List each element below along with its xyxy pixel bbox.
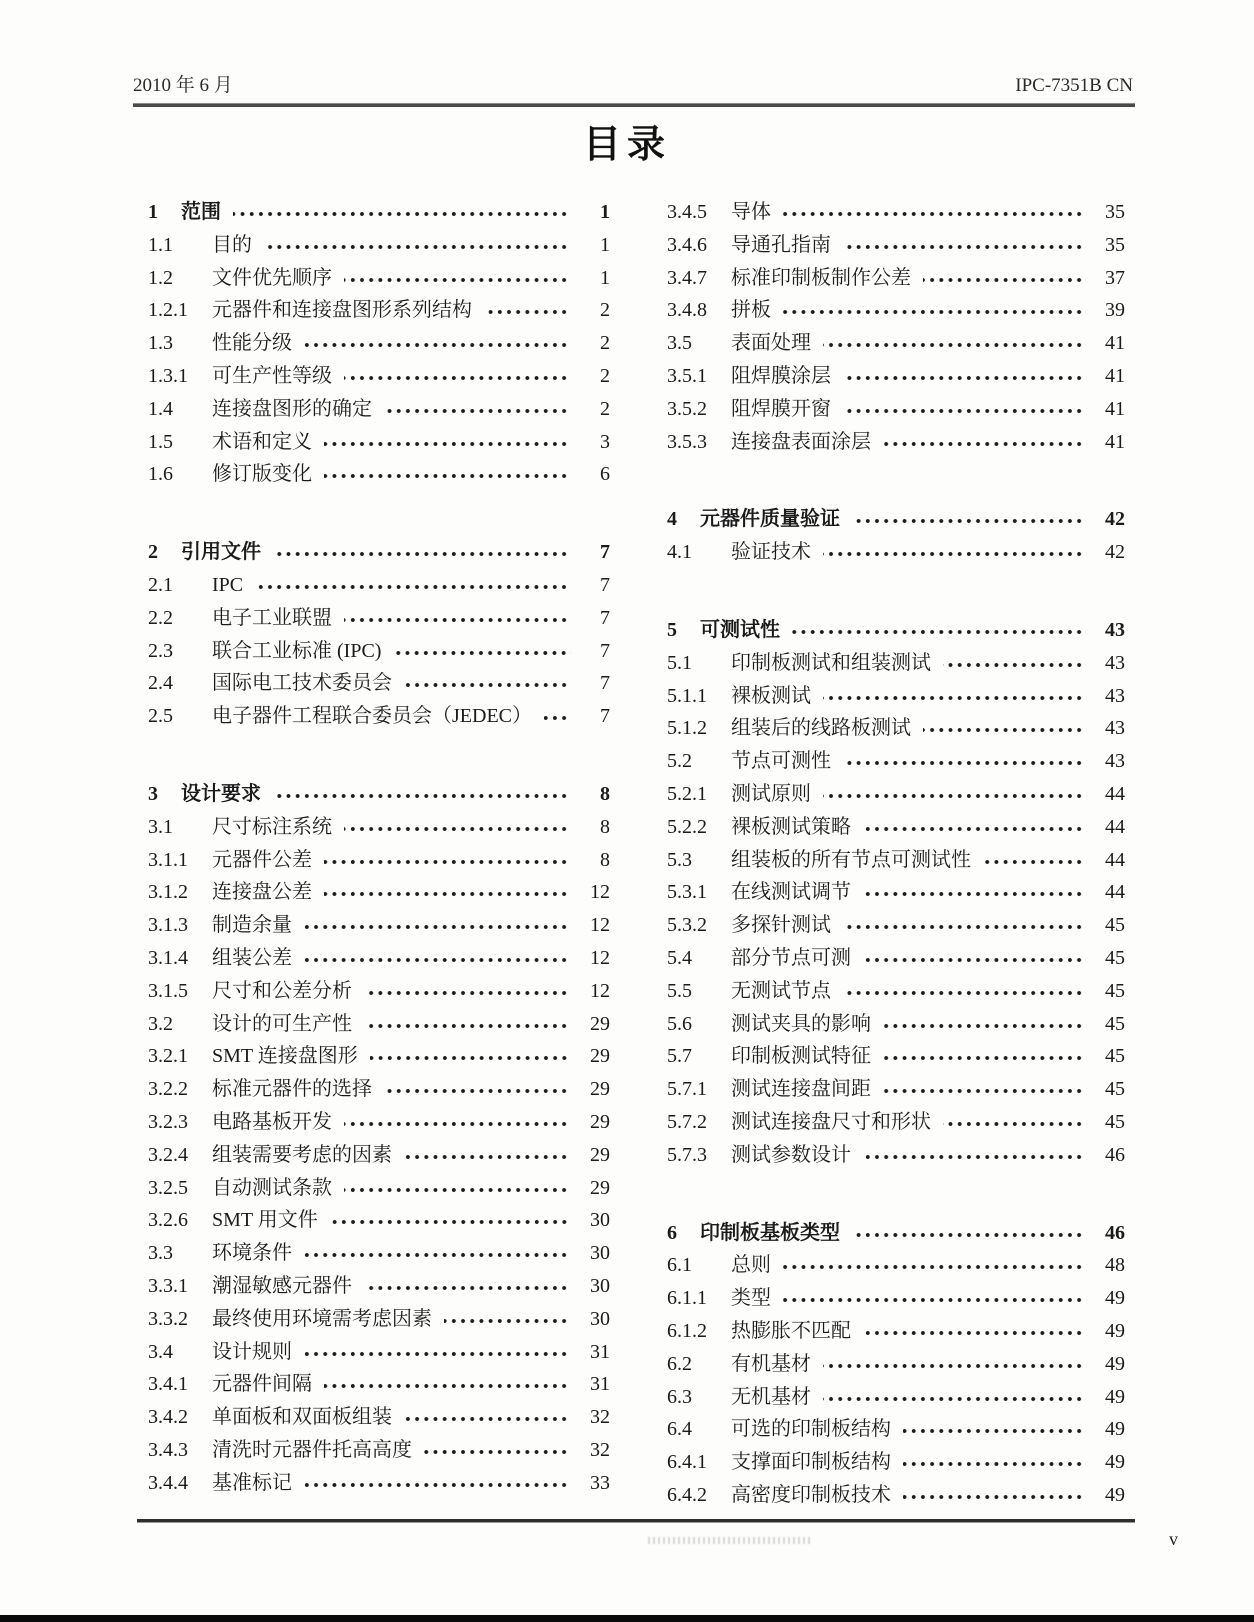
- dot-leader: [304, 923, 571, 931]
- toc-entry-title: 可选的印制板结构: [731, 1413, 891, 1446]
- toc-entry-number: 1.3: [148, 327, 212, 360]
- toc-entry-title: 总则: [731, 1249, 771, 1282]
- toc-entry-title: 术语和定义: [212, 426, 312, 459]
- dot-leader: [792, 628, 1086, 636]
- toc-entry-number: 5.7.1: [667, 1073, 731, 1106]
- header-doc-id: IPC-7351B CN: [1015, 75, 1133, 97]
- toc-entry-page: 49: [1091, 1282, 1125, 1315]
- toc-entry-title: 热膨胀不匹配: [731, 1315, 851, 1348]
- dot-leader: [883, 1087, 1086, 1095]
- toc-entry-title: 拼板: [731, 294, 771, 327]
- toc-entry: 3.5.2阻焊膜开窗41: [667, 393, 1125, 426]
- toc-entry-number: 1.3.1: [148, 360, 212, 393]
- toc-entry: 5.1.1裸板测试43: [667, 680, 1125, 713]
- toc-entry: 1范围1: [148, 196, 610, 229]
- toc-entry-title: 潮湿敏感元器件: [212, 1270, 352, 1303]
- dot-leader: [255, 583, 571, 591]
- toc-entry-title: 验证技术: [731, 536, 811, 569]
- dot-leader: [903, 1493, 1086, 1501]
- toc-entry-number: 2: [148, 536, 181, 569]
- toc-entry-page: 45: [1091, 975, 1125, 1008]
- toc-entry-title: 连接盘表面涂层: [731, 426, 871, 459]
- toc-entry-title: 阻焊膜涂层: [731, 360, 831, 393]
- toc-entry-title: 测试原则: [731, 778, 811, 811]
- dot-leader: [273, 792, 571, 800]
- toc-entry-title: 导通孔指南: [731, 229, 831, 262]
- toc-entry-number: 6.4.2: [667, 1479, 731, 1512]
- dot-leader: [823, 341, 1086, 349]
- toc-entry-number: 2.5: [148, 700, 212, 733]
- toc-entry-title: 电子工业联盟: [212, 602, 332, 635]
- toc-entry: 5.4部分节点可测45: [667, 942, 1125, 975]
- toc-entry-page: 7: [576, 569, 610, 602]
- dot-leader: [324, 1382, 571, 1390]
- toc-entry-number: 1.1: [148, 229, 212, 262]
- dot-leader: [304, 341, 571, 349]
- toc-entry-page: 42: [1091, 536, 1125, 569]
- toc-entry: 5.2.1测试原则44: [667, 778, 1125, 811]
- toc-entry-title: 部分节点可测: [731, 942, 851, 975]
- toc-entry-number: 5.7: [667, 1040, 731, 1073]
- dot-leader: [324, 472, 571, 480]
- toc-entry-number: 2.2: [148, 602, 212, 635]
- toc-entry-number: 3.2.6: [148, 1204, 212, 1237]
- toc-entry: 5可测试性43: [667, 614, 1125, 647]
- toc-entry-page: 8: [576, 778, 610, 811]
- toc-entry-number: 3.2.3: [148, 1106, 212, 1139]
- toc-entry-title: 测试参数设计: [731, 1139, 851, 1172]
- toc-entry: 5.7.3测试参数设计46: [667, 1139, 1125, 1172]
- toc-entry: 2.5电子器件工程联合委员会（JEDEC）7: [148, 700, 610, 733]
- toc-entry-page: 46: [1091, 1217, 1125, 1250]
- toc-entry-title: 文件优先顺序: [212, 262, 332, 295]
- toc-entry: 5.6测试夹具的影响45: [667, 1008, 1125, 1041]
- toc-entry: 5.1.2组装后的线路板测试43: [667, 712, 1125, 745]
- toc-entry-page: 31: [576, 1368, 610, 1401]
- toc-entry-page: 45: [1091, 942, 1125, 975]
- dot-leader: [364, 1022, 571, 1030]
- toc-entry-page: 43: [1091, 745, 1125, 778]
- toc-entry: 3.3.2最终使用环境需考虑因素30: [148, 1303, 610, 1336]
- toc-entry-title: 目的: [212, 229, 252, 262]
- toc-entry: 3.1尺寸标注系统8: [148, 811, 610, 844]
- toc-entry: 5.7.2测试连接盘尺寸和形状45: [667, 1106, 1125, 1139]
- dot-leader: [823, 1362, 1086, 1370]
- toc-entry: 3.3.1潮湿敏感元器件30: [148, 1270, 610, 1303]
- toc-entry: 3.2.2标准元器件的选择29: [148, 1073, 610, 1106]
- toc-entry-title: 环境条件: [212, 1237, 292, 1270]
- toc-entry-page: 7: [576, 700, 610, 733]
- toc-entry-page: 2: [576, 360, 610, 393]
- toc-entry-title: 表面处理: [731, 327, 811, 360]
- toc-entry-title: 电子器件工程联合委员会（JEDEC）: [212, 700, 532, 733]
- scan-edge-artifact: [0, 1615, 1254, 1622]
- toc-entry-page: 43: [1091, 712, 1125, 745]
- toc-entry-page: 12: [576, 975, 610, 1008]
- dot-leader: [304, 1251, 571, 1259]
- toc-entry-page: 31: [576, 1336, 610, 1369]
- toc-entry-number: 6.4: [667, 1413, 731, 1446]
- toc-entry-page: 42: [1091, 503, 1125, 536]
- toc-entry-title: IPC: [212, 569, 243, 602]
- toc-entry-page: 41: [1091, 426, 1125, 459]
- toc-entry-number: 1.2.1: [148, 294, 212, 327]
- toc-entry-page: 32: [576, 1434, 610, 1467]
- dot-leader: [823, 694, 1086, 702]
- dot-leader: [393, 649, 571, 657]
- toc-entry-number: 3.5.3: [667, 426, 731, 459]
- toc-entry-title: 清洗时元器件托高高度: [212, 1434, 412, 1467]
- toc-entry-title: 修订版变化: [212, 458, 312, 491]
- dot-leader: [404, 1153, 571, 1161]
- toc-entry-title: 可生产性等级: [212, 360, 332, 393]
- toc-entry: 3.4.3清洗时元器件托高高度32: [148, 1434, 610, 1467]
- toc-entry: 1.3.1可生产性等级2: [148, 360, 610, 393]
- dot-leader: [273, 550, 571, 558]
- toc-entry-page: 12: [576, 942, 610, 975]
- dot-leader: [364, 1284, 571, 1292]
- dot-leader: [344, 374, 571, 382]
- toc-entry-page: 30: [576, 1270, 610, 1303]
- toc-entry-page: 35: [1091, 196, 1125, 229]
- toc-entry: 3.2.5自动测试条款29: [148, 1172, 610, 1205]
- toc-entry: 5.2.2裸板测试策略44: [667, 811, 1125, 844]
- toc-entry: 1.4连接盘图形的确定2: [148, 393, 610, 426]
- dot-leader: [843, 759, 1086, 767]
- toc-entry-title: 印制板基板类型: [700, 1217, 840, 1250]
- dot-leader: [823, 792, 1086, 800]
- toc-entry-number: 3: [148, 778, 181, 811]
- toc-entry-number: 6.3: [667, 1381, 731, 1414]
- toc-entry-title: 多探针测试: [731, 909, 831, 942]
- dot-leader: [484, 308, 571, 316]
- toc-entry-page: 45: [1091, 909, 1125, 942]
- page-header: 2010 年 6 月 IPC-7351B CN: [133, 70, 1133, 97]
- toc-entry-title: 设计规则: [212, 1336, 292, 1369]
- toc-entry-page: 45: [1091, 1106, 1125, 1139]
- dot-leader: [324, 440, 571, 448]
- toc-entry-number: 5.3.1: [667, 876, 731, 909]
- toc-entry-number: 3.1.4: [148, 942, 212, 975]
- toc-entry-page: 8: [576, 844, 610, 877]
- toc-entry: 4.1验证技术42: [667, 536, 1125, 569]
- toc-entry-page: 12: [576, 876, 610, 909]
- toc-entry-number: 3.4.3: [148, 1434, 212, 1467]
- toc-entry-title: 引用文件: [181, 536, 261, 569]
- toc-entry-number: 1.4: [148, 393, 212, 426]
- toc-entry-title: 无测试节点: [731, 975, 831, 1008]
- dot-leader: [863, 825, 1086, 833]
- toc-entry-page: 12: [576, 909, 610, 942]
- toc-entry-page: 2: [576, 294, 610, 327]
- toc-entry-title: 在线测试调节: [731, 876, 851, 909]
- toc-entry: 5.3组装板的所有节点可测试性44: [667, 844, 1125, 877]
- toc-entry-title: 元器件公差: [212, 844, 312, 877]
- document-page: 2010 年 6 月 IPC-7351B CN 目录 1范围11.1目的11.2…: [0, 0, 1254, 1622]
- toc-entry-number: 3.2.4: [148, 1139, 212, 1172]
- toc-entry-number: 3.1.5: [148, 975, 212, 1008]
- toc-section-gap: [148, 491, 610, 536]
- toc-entry-number: 2.1: [148, 569, 212, 602]
- toc-entry-title: 裸板测试策略: [731, 811, 851, 844]
- toc-entry-page: 30: [576, 1204, 610, 1237]
- toc-entry-page: 45: [1091, 1040, 1125, 1073]
- toc-entry-number: 6.4.1: [667, 1446, 731, 1479]
- toc-entry: 3.4.8拼板39: [667, 294, 1125, 327]
- toc-entry-page: 49: [1091, 1315, 1125, 1348]
- dot-leader: [264, 243, 571, 251]
- dot-leader: [544, 714, 571, 722]
- dot-leader: [883, 1054, 1086, 1062]
- dot-leader: [843, 407, 1086, 415]
- dot-leader: [344, 1120, 571, 1128]
- dot-leader: [863, 890, 1086, 898]
- dot-leader: [923, 726, 1086, 734]
- toc-entry-title: 连接盘图形的确定: [212, 393, 372, 426]
- toc-entry: 3.4.2单面板和双面板组装32: [148, 1401, 610, 1434]
- dot-leader: [883, 1022, 1086, 1030]
- dot-leader: [304, 1481, 571, 1489]
- dot-leader: [404, 681, 571, 689]
- toc-entry-page: 29: [576, 1040, 610, 1073]
- dot-leader: [304, 1350, 571, 1358]
- toc-entry: 6.4可选的印制板结构49: [667, 1413, 1125, 1446]
- toc-entry-title: 元器件间隔: [212, 1368, 312, 1401]
- toc-entry-page: 32: [576, 1401, 610, 1434]
- toc-entry-page: 49: [1091, 1348, 1125, 1381]
- toc-entry-page: 29: [576, 1008, 610, 1041]
- toc-entry: 4元器件质量验证42: [667, 503, 1125, 536]
- dot-leader: [344, 825, 571, 833]
- toc-right-column: 3.4.5导体353.4.6导通孔指南353.4.7标准印制板制作公差373.4…: [667, 196, 1125, 1512]
- toc-entry: 3.1.3制造余量12: [148, 909, 610, 942]
- toc-entry-number: 3.3: [148, 1237, 212, 1270]
- toc-entry-number: 3.3.2: [148, 1303, 212, 1336]
- toc-entry-number: 3.4.6: [667, 229, 731, 262]
- toc-entry-title: 基准标记: [212, 1467, 292, 1500]
- toc-entry: 3.1.4组装公差12: [148, 942, 610, 975]
- toc-entry-page: 2: [576, 393, 610, 426]
- dot-leader: [783, 210, 1086, 218]
- toc-entry-number: 3.5: [667, 327, 731, 360]
- toc-entry-number: 3.2.2: [148, 1073, 212, 1106]
- dot-leader: [444, 1317, 571, 1325]
- toc-entry: 2.3联合工业标准 (IPC)7: [148, 635, 610, 668]
- toc-entry: 3.3环境条件30: [148, 1237, 610, 1270]
- toc-entry: 5.1印制板测试和组装测试43: [667, 647, 1125, 680]
- toc-entry: 6.1.1类型49: [667, 1282, 1125, 1315]
- toc-entry-number: 5.3.2: [667, 909, 731, 942]
- dot-leader: [823, 550, 1086, 558]
- toc-entry-page: 30: [576, 1237, 610, 1270]
- toc-entry-page: 7: [576, 667, 610, 700]
- toc-entry: 3.5.3连接盘表面涂层41: [667, 426, 1125, 459]
- toc-entry-title: 标准元器件的选择: [212, 1073, 372, 1106]
- toc-entry: 3.4.6导通孔指南35: [667, 229, 1125, 262]
- toc-entry-page: 1: [576, 196, 610, 229]
- toc-entry-number: 3.3.1: [148, 1270, 212, 1303]
- toc-entry-title: 测试连接盘间距: [731, 1073, 871, 1106]
- toc-entry: 6.3无机基材49: [667, 1381, 1125, 1414]
- toc-entry-page: 44: [1091, 876, 1125, 909]
- toc-entry-title: 组装后的线路板测试: [731, 712, 911, 745]
- toc-entry-title: 阻焊膜开窗: [731, 393, 831, 426]
- toc-entry: 2.1IPC7: [148, 569, 610, 602]
- toc-entry-number: 5.5: [667, 975, 731, 1008]
- toc-entry-number: 1.5: [148, 426, 212, 459]
- toc-entry-number: 3.4.2: [148, 1401, 212, 1434]
- dot-leader: [330, 1218, 571, 1226]
- toc-entry-page: 7: [576, 536, 610, 569]
- toc-entry: 3.4设计规则31: [148, 1336, 610, 1369]
- toc-entry-page: 6: [576, 458, 610, 491]
- toc-entry-title: 导体: [731, 196, 771, 229]
- toc-entry-page: 49: [1091, 1381, 1125, 1414]
- toc-entry-page: 37: [1091, 262, 1125, 295]
- toc-entry-number: 3.4.8: [667, 294, 731, 327]
- dot-leader: [344, 616, 571, 624]
- toc-entry-title: 尺寸标注系统: [212, 811, 332, 844]
- toc-entry-page: 7: [576, 602, 610, 635]
- footer-rule: [137, 1519, 1135, 1523]
- toc-entry: 3设计要求8: [148, 778, 610, 811]
- toc-entry-number: 5.7.3: [667, 1139, 731, 1172]
- toc-entry-number: 1: [148, 196, 181, 229]
- toc-entry: 3.4.4基准标记33: [148, 1467, 610, 1500]
- toc-entry-title: 印制板测试和组装测试: [731, 647, 931, 680]
- toc-entry-number: 1.6: [148, 458, 212, 491]
- dot-leader: [883, 440, 1086, 448]
- toc-entry-number: 2.3: [148, 635, 212, 668]
- toc-entry-title: 测试夹具的影响: [731, 1008, 871, 1041]
- toc-entry-page: 41: [1091, 327, 1125, 360]
- toc-entry: 1.1目的1: [148, 229, 610, 262]
- toc-entry-title: 支撑面印制板结构: [731, 1446, 891, 1479]
- dot-leader: [943, 1120, 1086, 1128]
- toc-entry-page: 1: [576, 229, 610, 262]
- toc-entry: 5.7印制板测试特征45: [667, 1040, 1125, 1073]
- dot-leader: [983, 858, 1086, 866]
- toc-entry-title: SMT 用文件: [212, 1204, 318, 1237]
- toc-entry-number: 6.2: [667, 1348, 731, 1381]
- dot-leader: [783, 1296, 1086, 1304]
- toc-section-gap: [667, 1172, 1125, 1217]
- table-of-contents: 1范围11.1目的11.2文件优先顺序11.2.1元器件和连接盘图形系列结构21…: [148, 196, 1125, 1512]
- dot-leader: [823, 1395, 1086, 1403]
- page-number: v: [1169, 1529, 1178, 1550]
- toc-entry-page: 44: [1091, 811, 1125, 844]
- toc-entry-page: 3: [576, 426, 610, 459]
- dot-leader: [843, 243, 1086, 251]
- dot-leader: [344, 1186, 571, 1194]
- toc-entry-page: 41: [1091, 393, 1125, 426]
- toc-entry: 3.2设计的可生产性29: [148, 1008, 610, 1041]
- toc-entry-title: 最终使用环境需考虑因素: [212, 1303, 432, 1336]
- dot-leader: [863, 1329, 1086, 1337]
- dot-leader: [863, 956, 1086, 964]
- toc-entry-page: 41: [1091, 360, 1125, 393]
- toc-entry: 5.5无测试节点45: [667, 975, 1125, 1008]
- toc-entry-number: 5.2.1: [667, 778, 731, 811]
- toc-entry-title: SMT 连接盘图形: [212, 1040, 358, 1073]
- toc-entry: 6.4.2高密度印制板技术49: [667, 1479, 1125, 1512]
- toc-entry: 3.2.1SMT 连接盘图形29: [148, 1040, 610, 1073]
- toc-entry-title: 有机基材: [731, 1348, 811, 1381]
- toc-entry-number: 5.2.2: [667, 811, 731, 844]
- toc-entry-number: 1.2: [148, 262, 212, 295]
- toc-entry-page: 29: [576, 1073, 610, 1106]
- toc-entry-number: 6.1.2: [667, 1315, 731, 1348]
- toc-entry-title: 可测试性: [700, 614, 780, 647]
- toc-entry-number: 5.1: [667, 647, 731, 680]
- toc-left-column: 1范围11.1目的11.2文件优先顺序11.2.1元器件和连接盘图形系列结构21…: [148, 196, 610, 1512]
- toc-entry-page: 43: [1091, 614, 1125, 647]
- toc-section-gap: [667, 569, 1125, 614]
- toc-entry: 6印制板基板类型46: [667, 1217, 1125, 1250]
- toc-entry-page: 33: [576, 1467, 610, 1500]
- toc-entry-title: 标准印制板制作公差: [731, 262, 911, 295]
- toc-entry-title: 连接盘公差: [212, 876, 312, 909]
- dot-leader: [843, 374, 1086, 382]
- toc-entry-page: 44: [1091, 844, 1125, 877]
- toc-entry-page: 49: [1091, 1446, 1125, 1479]
- toc-entry-title: 元器件和连接盘图形系列结构: [212, 294, 472, 327]
- toc-entry-title: 高密度印制板技术: [731, 1479, 891, 1512]
- toc-entry-number: 4.1: [667, 536, 731, 569]
- toc-entry-number: 3.1.2: [148, 876, 212, 909]
- toc-entry: 3.1.1元器件公差8: [148, 844, 610, 877]
- dot-leader: [364, 989, 571, 997]
- toc-entry-number: 4: [667, 503, 700, 536]
- toc-entry-page: 43: [1091, 647, 1125, 680]
- toc-entry-title: 无机基材: [731, 1381, 811, 1414]
- toc-entry-title: 电路基板开发: [212, 1106, 332, 1139]
- toc-entry-page: 45: [1091, 1073, 1125, 1106]
- toc-entry-page: 29: [576, 1172, 610, 1205]
- toc-entry-title: 设计的可生产性: [212, 1008, 352, 1041]
- page-title: 目录: [0, 113, 1254, 168]
- toc-entry-title: 单面板和双面板组装: [212, 1401, 392, 1434]
- toc-entry-title: 组装公差: [212, 942, 292, 975]
- toc-entry-number: 6.1.1: [667, 1282, 731, 1315]
- toc-entry-number: 5.4: [667, 942, 731, 975]
- toc-entry-title: 组装板的所有节点可测试性: [731, 844, 971, 877]
- toc-entry: 1.2.1元器件和连接盘图形系列结构2: [148, 294, 610, 327]
- toc-entry: 3.5.1阻焊膜涂层41: [667, 360, 1125, 393]
- dot-leader: [943, 661, 1086, 669]
- toc-entry-title: 组装需要考虑的因素: [212, 1139, 392, 1172]
- dot-leader: [903, 1427, 1086, 1435]
- dot-leader: [903, 1460, 1086, 1468]
- toc-entry-page: 29: [576, 1139, 610, 1172]
- toc-entry-number: 3.4.7: [667, 262, 731, 295]
- toc-entry: 6.4.1支撑面印制板结构49: [667, 1446, 1125, 1479]
- dot-leader: [384, 1087, 571, 1095]
- toc-section-gap: [148, 733, 610, 778]
- toc-entry-number: 3.5.2: [667, 393, 731, 426]
- toc-entry: 6.2有机基材49: [667, 1348, 1125, 1381]
- toc-entry: 5.7.1测试连接盘间距45: [667, 1073, 1125, 1106]
- toc-entry: 3.2.3电路基板开发29: [148, 1106, 610, 1139]
- toc-entry-title: 测试连接盘尺寸和形状: [731, 1106, 931, 1139]
- toc-entry: 3.5表面处理41: [667, 327, 1125, 360]
- dot-leader: [304, 956, 571, 964]
- dot-leader: [783, 308, 1086, 316]
- toc-entry: 3.4.5导体35: [667, 196, 1125, 229]
- toc-entry-title: 自动测试条款: [212, 1172, 332, 1205]
- dot-leader: [233, 210, 571, 218]
- toc-entry: 1.5术语和定义3: [148, 426, 610, 459]
